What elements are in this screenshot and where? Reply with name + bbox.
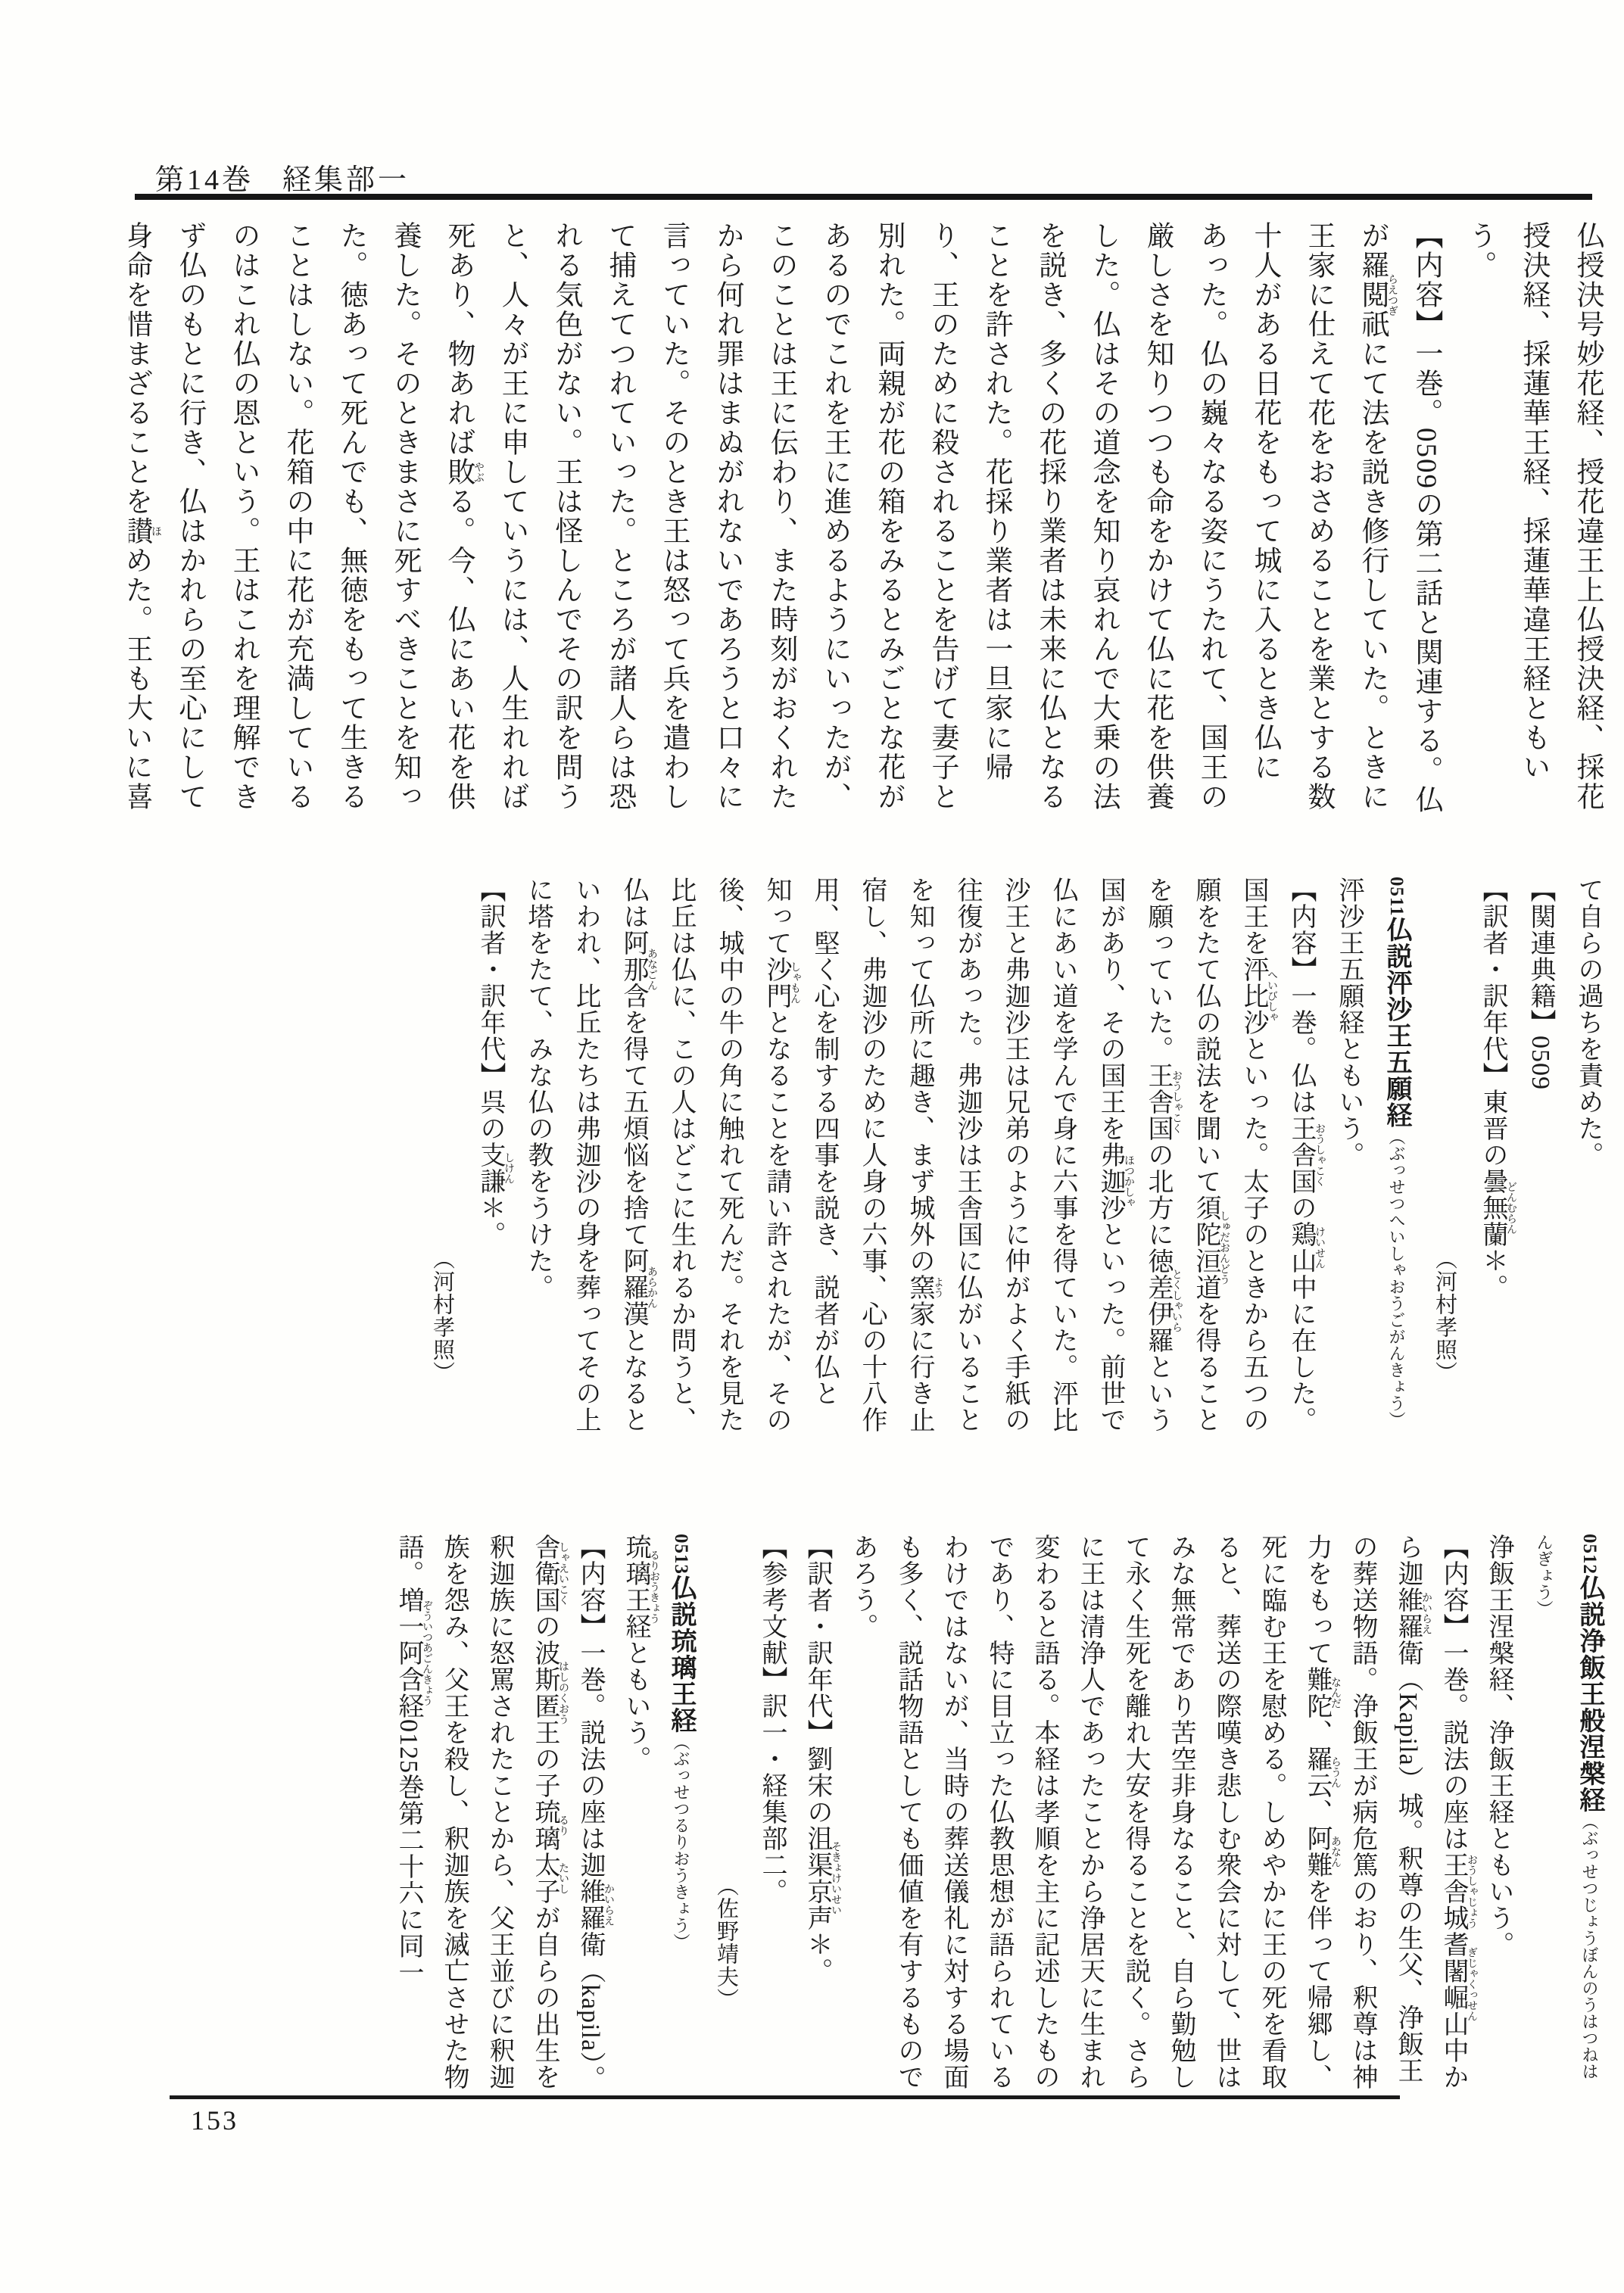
- entry-name: 仏説浄飯王般涅槃経: [1576, 1575, 1604, 1813]
- footer-rule: [170, 2095, 1400, 2099]
- entry-0511-title: 0511仏説泙沙王五願経（ぶっせつへいしゃおうごがんきょう）: [1382, 877, 1410, 1428]
- header-rule: [135, 194, 1592, 200]
- related-scriptures: 【関連典籍】0509: [1526, 877, 1554, 1090]
- content-body: 【内容】一巻。説法の座は迦維羅衛かいらえ（kapila）。舎衛国しゃえいこくの波…: [394, 1534, 604, 2092]
- text-band-bottom: 0512仏説浄飯王般涅槃経（ぶっせつじょうぼんのうはつねはんぎょう）浄飯王涅槃経…: [126, 1534, 1612, 2092]
- references-line: 【参考文献】訳一・経集部二。: [758, 1534, 786, 1905]
- ruby-annotated-word: 波斯匿王はしのくおう: [531, 1640, 559, 1746]
- entry-name: 仏説琉璃王経: [667, 1575, 695, 1734]
- ruby-annotated-word: 阿難あなん: [1303, 1825, 1331, 1878]
- column-spacer: [725, 1534, 727, 1874]
- ruby-annotated-word: 敗やぶ: [443, 457, 474, 487]
- ruby-annotated-word: 琉璃王経るりおうきょう: [622, 1534, 650, 1640]
- alternate-title: 泙沙王五願経ともいう。: [1335, 877, 1363, 1168]
- entry-name: 仏説泙沙王五願経: [1382, 917, 1410, 1129]
- ruby-annotated-word: 曇無蘭どんむらん: [1479, 1168, 1507, 1248]
- ruby-annotated-word: 舎衛国しゃえいこく: [531, 1534, 559, 1613]
- ruby-annotated-word: 王舎国おうしゃこく: [1287, 1115, 1315, 1195]
- ruby-annotated-word: 耆闍崛山ぎじゃくっせん: [1439, 1931, 1467, 2037]
- ruby-annotated-word: 徳差伊羅とくしゃいら: [1144, 1248, 1172, 1354]
- ruby-annotated-word: 讃ほ: [129, 516, 151, 546]
- ruby-annotated-word: 王舎国おうしゃこく: [1144, 1062, 1172, 1142]
- volume-label: 第14巻: [155, 164, 254, 196]
- ruby-annotated-word: 沮渠京声そきょけいせい: [803, 1825, 831, 1931]
- ruby-annotated-word: 沙門しゃもん: [762, 956, 790, 1009]
- content-body: 【内容】一巻。0509の第二話と関連する。仏が羅閲祇らえつぎにて法を説き修行して…: [129, 221, 1442, 815]
- translator-line: 【訳者・訳年代】劉宋の沮渠京声そきょけいせい＊。: [803, 1534, 831, 1984]
- entry-reading: （ぶっせつへいしゃおうごがんきょう）: [1387, 1129, 1406, 1428]
- ruby-annotated-word: 羅云らうん: [1303, 1746, 1331, 1799]
- continuation-text: て自らの過ちを責めた。: [1574, 877, 1602, 1168]
- ruby-annotated-word: 須陀洹道しゅだおんどう: [1192, 1195, 1220, 1301]
- ruby-annotated-word: 王舎城おうしゃじょう: [1439, 1852, 1467, 1931]
- alternate-titles: 浄飯王涅槃経、浄飯王経ともいう。: [1485, 1534, 1513, 1958]
- column-spacer: [441, 877, 443, 1248]
- page-number: 153: [191, 2105, 238, 2136]
- entry-0512-title: 0512仏説浄飯王般涅槃経（ぶっせつじょうぼんのうはつねはんぎょう）: [1530, 1534, 1604, 2080]
- running-header: 第14巻経集部一: [155, 156, 410, 198]
- ruby-annotated-word: 太子たいし: [531, 1852, 559, 1905]
- ruby-annotated-word: 琉璃るり: [531, 1799, 559, 1852]
- ruby-annotated-word: 迦維羅衛かいらえ: [576, 1852, 604, 1958]
- alternate-title: 琉璃王経るりおうきょうともいう。: [622, 1534, 650, 1772]
- scanned-book-page: 第14巻経集部一 仏授決号妙花経、授花違王上仏授決経、採花授決経、採蓮華王経、採…: [0, 0, 1624, 2293]
- ruby-annotated-word: 阿那含あなごん: [619, 930, 647, 1009]
- ruby-annotated-word: 泙比沙へいびしゃ: [1239, 956, 1267, 1036]
- entry-number: 0513: [671, 1534, 691, 1575]
- contributor-sano: （佐野靖夫）: [714, 1874, 738, 2011]
- ruby-annotated-word: 迦維羅衛かいらえ: [1394, 1560, 1422, 1666]
- ruby-annotated-word: 阿羅漢あらかん: [619, 1248, 647, 1327]
- ruby-annotated-word: 難陀なんだ: [1303, 1666, 1331, 1719]
- ruby-annotated-word: 支謙しけん: [476, 1142, 504, 1195]
- content-body: 【内容】一巻。仏は王舎国おうしゃこくの鶏山けいせん中に在した。国王を泙比沙へいび…: [524, 877, 1315, 1433]
- column-spacer: [1444, 877, 1445, 1248]
- translator-line: 【訳者・訳年代】東晋の曇無蘭どんむらん＊。: [1479, 877, 1507, 1301]
- translator-line: 【訳者・訳年代】呉の支謙しけん＊。: [476, 877, 504, 1248]
- ruby-annotated-word: 弗迦沙ほつかしゃ: [1096, 1142, 1124, 1221]
- entry-number: 0512: [1579, 1534, 1600, 1575]
- ruby-annotated-word: 増一阿含経ぞういつあごんきょう: [394, 1587, 422, 1719]
- text-band-middle: て自らの過ちを責めた。【関連典籍】0509【訳者・訳年代】東晋の曇無蘭どんむらん…: [126, 877, 1612, 1437]
- contributor-kawamura: （河村孝照）: [430, 1248, 454, 1384]
- entry-number: 0511: [1386, 877, 1407, 917]
- section-label: 経集部一: [282, 164, 410, 196]
- alternate-titles: 仏授決号妙花経、授花違王上仏授決経、採花授決経、採蓮華王経、採蓮華違王経ともいう…: [1464, 221, 1603, 812]
- text-band-top: 仏授決号妙花経、授花違王上仏授決経、採花授決経、採蓮華王経、採蓮華違王経ともいう…: [129, 221, 1614, 827]
- ruby-annotated-word: 窯よう: [906, 1274, 934, 1301]
- ruby-annotated-word: 羅閲祇らえつぎ: [1357, 251, 1388, 339]
- entry-reading: （ぶっせつるりおうきょう）: [672, 1734, 690, 1950]
- content-body: 【内容】一巻。説法の座は王舎城おうしゃじょう耆闍崛山ぎじゃくっせん中から迦維羅衛…: [849, 1534, 1467, 2090]
- entry-0513-title: 0513仏説琉璃王経（ぶっせつるりおうきょう）: [667, 1534, 695, 1950]
- contributor-kawamura: （河村孝照）: [1432, 1248, 1457, 1384]
- ruby-annotated-word: 鶏山けいせん: [1287, 1221, 1315, 1274]
